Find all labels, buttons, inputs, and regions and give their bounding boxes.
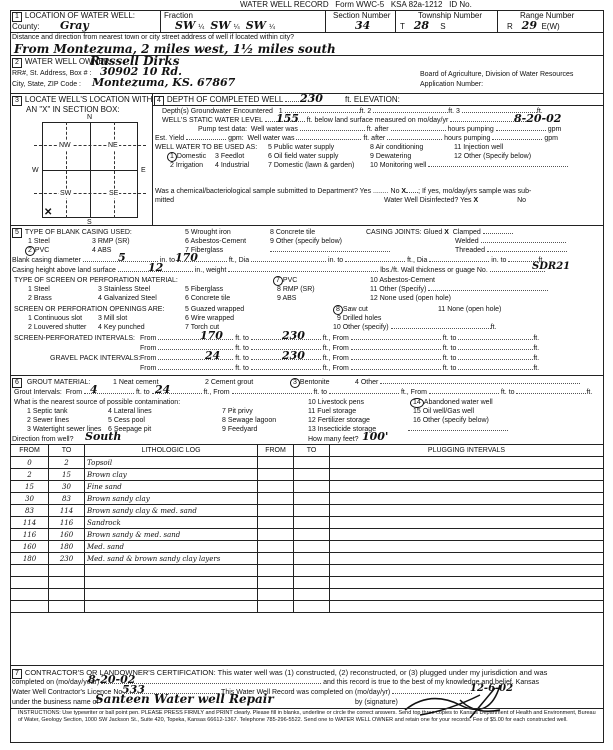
city-field[interactable]: Montezuma, KS. 67867 — [92, 76, 235, 89]
gravel-from-field[interactable]: 24 — [205, 349, 220, 362]
height-field[interactable]: 12 — [148, 261, 163, 274]
screen-option-1[interactable]: 1 Steel — [28, 285, 50, 294]
casing-option-2[interactable]: 2PVC — [25, 246, 49, 256]
use-option-4[interactable]: 4 Industrial — [215, 161, 249, 170]
opening-option-6[interactable]: 6 Wire wrapped — [185, 314, 234, 323]
use-option-7[interactable]: 7 Domestic (lawn & garden) — [268, 161, 354, 170]
gravel-row-1: From ft. to ft., From ft. to ft. — [140, 354, 539, 363]
grout-option-2[interactable]: 2 Cement grout — [205, 378, 253, 387]
screen-option-10[interactable]: 10 Asbestos-Cement — [370, 276, 435, 285]
instructions-text: INSTRUCTIONS: Use typewriter or ball poi… — [18, 710, 598, 724]
table-row: 114116Sandrock — [11, 517, 604, 529]
static-level-row: WELL'S STATIC WATER LEVEL ft. below land… — [162, 116, 530, 125]
use-option-10[interactable]: 10 Monitoring well — [370, 161, 568, 170]
grout-label: 6 GROUT MATERIAL: — [12, 378, 90, 388]
log-header-lithology: LITHOLOGIC LOG — [85, 445, 258, 457]
contam-option-8[interactable]: 8 Sewage lagoon — [222, 416, 276, 425]
se-label: SE — [108, 189, 119, 198]
log-header-from: FROM — [11, 445, 49, 457]
screen-option-6[interactable]: 6 Concrete tile — [185, 294, 230, 303]
table-row: 02Topsoil — [11, 457, 604, 469]
direction-label: Direction from well? — [12, 435, 73, 444]
sw-label: SW — [59, 189, 72, 198]
grout-to-field[interactable]: 24 — [155, 383, 170, 396]
use-option-5[interactable]: 5 Public water supply — [268, 143, 334, 152]
depth-field[interactable]: 230 — [300, 92, 323, 105]
distance-label: Distance and direction from nearest town… — [12, 33, 294, 42]
form-title: WATER WELL RECORD Form WWC-5 KSA 82a-121… — [240, 0, 472, 10]
direction-field[interactable]: South — [85, 430, 121, 443]
screen-option-11[interactable]: 11 Other (Specify) — [370, 285, 548, 294]
table-row: 1530Fine sand — [11, 481, 604, 493]
diameter-row: Blank casing diameter in. to ft., Dia in… — [12, 256, 544, 265]
grout-intervals-row: Grout Intervals: From ft. to ft., From f… — [14, 388, 592, 397]
screen-intervals-label: SCREEN-PERFORATED INTERVALS: — [14, 334, 135, 343]
opening-option-4[interactable]: 4 Key punched — [98, 323, 145, 332]
diameter-field[interactable]: 5 — [118, 251, 126, 264]
contam-option-1[interactable]: 1 Septic tank — [27, 407, 67, 416]
contam-option-4[interactable]: 4 Lateral lines — [108, 407, 152, 416]
groundwater-row: Depth(s) Groundwater Encountered 1 ft. 2… — [162, 107, 543, 116]
casing-joints: CASING JOINTS: Glued X Clamped — [366, 228, 513, 237]
use-option-12[interactable]: 12 Other (Specify below) — [454, 152, 531, 161]
casing-option-3[interactable]: 3 RMP (SR) — [92, 237, 130, 246]
screen-option-4[interactable]: 4 Galvanized Steel — [98, 294, 157, 303]
diameter-to-field[interactable]: 170 — [175, 251, 198, 264]
county-field[interactable]: Gray — [60, 19, 89, 32]
contam-option-5[interactable]: 5 Cess pool — [108, 416, 145, 425]
business-field[interactable]: Santeen Water well Repair — [95, 692, 274, 706]
use-option-6[interactable]: 6 Oil field water supply — [268, 152, 338, 161]
casing-option-8[interactable]: 8 Concrete tile — [270, 228, 315, 237]
screen-option-12[interactable]: 12 None used (open hole) — [370, 294, 451, 303]
elevation-label: ft. ELEVATION: — [345, 95, 400, 105]
contam-option-2[interactable]: 2 Sewer lines — [27, 416, 69, 425]
casing-option-4[interactable]: 4 ABS — [92, 246, 111, 255]
lithologic-log-table: FROM TO LITHOLOGIC LOG FROM TO PLUGGING … — [10, 444, 604, 613]
use-option-9[interactable]: 9 Dewatering — [370, 152, 411, 161]
log-header-plug-from: FROM — [258, 445, 294, 457]
screen-to-field[interactable]: 230 — [282, 329, 305, 342]
north-label: N — [87, 113, 92, 122]
static-level-field[interactable]: 155 — [276, 112, 299, 125]
contam-option-16[interactable]: 16 Other (specify below) — [413, 416, 489, 425]
section3-subtitle: AN "X" IN SECTION BOX: — [26, 105, 120, 115]
yield-row: Est. Yield gpm: Well water was ft. after… — [155, 134, 558, 143]
table-row — [11, 577, 604, 589]
screen-option-2[interactable]: 2 Brass — [28, 294, 52, 303]
openings-title: SCREEN OR PERFORATION OPENINGS ARE: — [14, 305, 164, 314]
contam-option-15[interactable]: 15 Oil well/Gas well — [413, 407, 474, 416]
log-header-plug-to: TO — [294, 445, 330, 457]
screen-option-9[interactable]: 9 ABS — [277, 294, 296, 303]
joints-welded: Welded — [455, 237, 566, 246]
screen-option-3[interactable]: 3 Stainless Steel — [98, 285, 150, 294]
howfar-label: How many feet? — [308, 435, 359, 444]
application-label: Application Number: — [420, 80, 483, 89]
township-field[interactable]: T 28 S — [400, 19, 446, 32]
table-row: 116160Brown sandy & med. sand — [11, 529, 604, 541]
opening-option-5[interactable]: 5 Guazed wrapped — [185, 305, 244, 314]
grout-option-4[interactable]: 4 Other — [355, 378, 580, 387]
contam-option-10[interactable]: 10 Livestock pens — [308, 398, 364, 407]
range-field[interactable]: R 29 E(W) — [507, 19, 560, 32]
casing-option-1[interactable]: 1 Steel — [28, 237, 50, 246]
joints-threaded: Threaded — [455, 246, 567, 255]
opening-option-11[interactable]: 11 None (open hole) — [438, 305, 501, 314]
ne-label: NE — [107, 141, 119, 150]
screen-title: TYPE OF SCREEN OR PERFORATION MATERIAL: — [14, 276, 178, 285]
use-option-8[interactable]: 8 Air conditioning — [370, 143, 423, 152]
wall-field[interactable]: SDR21 — [532, 261, 570, 272]
sample-row-2: mitted — [155, 196, 174, 205]
fraction-field[interactable]: SW ¼ SW ¼ SW ¼ — [175, 19, 275, 32]
city-label: City, State, ZIP Code : — [12, 80, 81, 89]
signature-label: by (signature) — [355, 698, 398, 707]
contamination-label: What is the nearest source of possible c… — [14, 398, 180, 407]
section-number-field[interactable]: 34 — [355, 19, 370, 32]
use-option-3[interactable]: 3 Feedlot — [215, 152, 244, 161]
address-label: RR#, St. Address, Box # : — [12, 69, 91, 78]
board-label: Board of Agriculture, Division of Water … — [420, 70, 573, 79]
county-label: County: — [12, 22, 40, 32]
opening-option-1[interactable]: 1 Continuous slot — [28, 314, 82, 323]
contam-option-9[interactable]: 9 Feedyard — [222, 425, 257, 434]
table-row — [11, 601, 604, 613]
casing-option-9[interactable]: 9 Other (specify below) — [270, 237, 342, 246]
opening-option-9[interactable]: 9 Drilled holes — [337, 314, 381, 323]
contam-option-12[interactable]: 12 Fertilizer storage — [308, 416, 370, 425]
east-label: E — [141, 166, 146, 175]
grout-option-3[interactable]: 3Bentonite — [290, 378, 330, 388]
table-row: 180230Med. sand & brown sandy clay layer… — [11, 553, 604, 565]
gravel-to-field[interactable]: 230 — [282, 349, 305, 362]
table-row: 3083Brown sandy clay — [11, 493, 604, 505]
table-row: 215Brown clay — [11, 469, 604, 481]
opening-option-2[interactable]: 2 Louvered shutter — [28, 323, 86, 332]
table-row: 160180Med. sand — [11, 541, 604, 553]
grout-option-1[interactable]: 1 Neat cement — [113, 378, 159, 387]
table-row: 83114Brown sandy clay & med. sand — [11, 505, 604, 517]
static-date-field[interactable]: 8-20-02 — [514, 112, 561, 125]
well-location-mark: ✕ — [44, 207, 52, 218]
howfar-field[interactable]: 100' — [362, 430, 388, 443]
table-row — [11, 565, 604, 577]
pump-test-row: Pump test data: Well water was ft. after… — [198, 125, 561, 134]
log-header-plugging: PLUGGING INTERVALS — [330, 445, 604, 457]
disinfected-row: Water Well Disinfected? Yes X No — [384, 196, 526, 205]
opening-option-10[interactable]: 10 Other (specify) ft. — [333, 323, 496, 332]
sample-row: Was a chemical/bacteriological sample su… — [155, 187, 531, 196]
grout-from-field[interactable]: 4 — [90, 383, 98, 396]
height-row: Casing height above land surface in., we… — [12, 266, 545, 275]
use-option-2[interactable]: 2 Irrigation — [170, 161, 203, 170]
nw-label: NW — [58, 141, 72, 150]
screen-interval-row-2: From ft. to ft., From ft. to ft. — [140, 344, 539, 353]
table-row — [11, 589, 604, 601]
contam-option-7[interactable]: 7 Pit privy — [222, 407, 253, 416]
screen-from-field[interactable]: 170 — [200, 329, 223, 342]
casing-option-5[interactable]: 5 Wrought iron — [185, 228, 231, 237]
contam-option-11[interactable]: 11 Fuel storage — [308, 407, 356, 416]
log-header-to: TO — [49, 445, 85, 457]
casing-option-6[interactable]: 6 Asbestos-Cement — [185, 237, 246, 246]
screen-option-5[interactable]: 5 Fiberglass — [185, 285, 223, 294]
gravel-row-2: From ft. to ft., From ft. to ft. — [140, 364, 539, 373]
use-option-11[interactable]: 11 Injection well — [454, 143, 503, 152]
opening-option-3[interactable]: 3 Mill slot — [98, 314, 127, 323]
screen-option-8[interactable]: 8 RMP (SR) — [277, 285, 315, 294]
gravel-label: GRAVEL PACK INTERVALS: — [50, 354, 140, 363]
west-label: W — [32, 166, 39, 175]
use-label: WELL WATER TO BE USED AS: — [155, 143, 257, 152]
business-label: under the business name of — [12, 698, 98, 707]
